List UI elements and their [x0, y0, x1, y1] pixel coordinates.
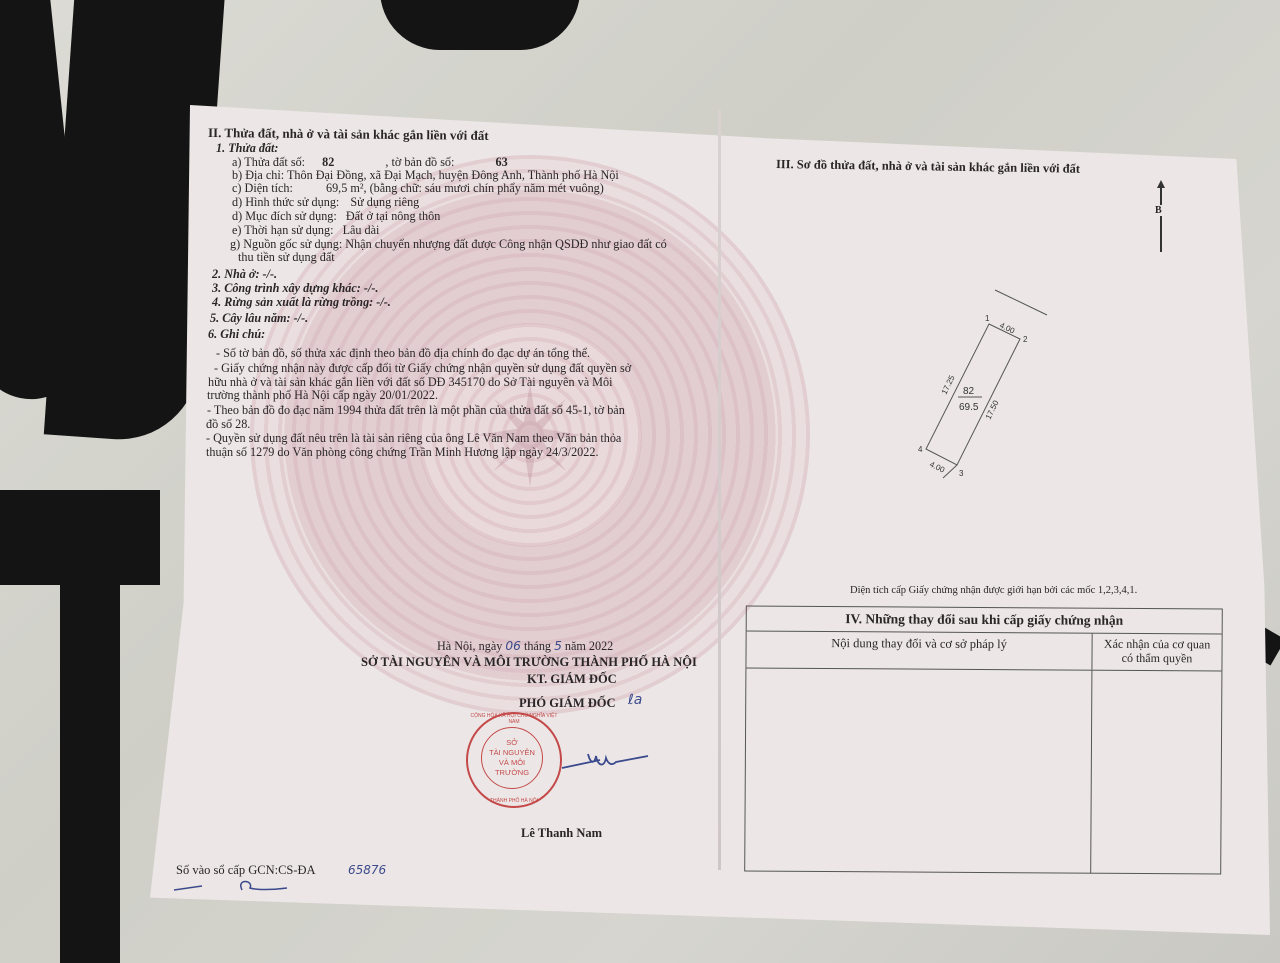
column-change-content: Nội dung thay đổi và cơ sở pháp lý	[746, 632, 1092, 670]
diagram-caption: Diện tích cấp Giấy chứng nhận được giới …	[850, 584, 1137, 597]
note-line: - Quyền sử dụng đất nêu trên là tài sản …	[206, 432, 621, 445]
north-label: B	[1155, 205, 1162, 216]
edge-top: 4.00	[998, 321, 1016, 336]
land-row-purpose: d) Mục đích sử dụng: Đất ở tại nông thôn	[232, 210, 440, 223]
note-line: - Giấy chứng nhận này được cấp đổi từ Gi…	[214, 362, 631, 375]
registry-initials	[172, 876, 292, 896]
forest-row: 4. Rừng sản xuất là rừng trồng: -/-.	[212, 296, 391, 309]
signatory-role: PHÓ GIÁM ĐỐC	[519, 697, 616, 710]
land-row-term: e) Thời hạn sử dụng: Lâu dài	[232, 224, 379, 237]
stamp-line: SỞ	[482, 738, 542, 748]
edge-right: 17.50	[984, 398, 1001, 420]
note-line: - Theo bản đồ đo đạc năm 1994 thửa đất t…	[207, 404, 625, 417]
purpose-label: d) Mục đích sử dụng:	[232, 209, 337, 223]
address-label: b) Địa chỉ:	[232, 168, 284, 182]
edge-bottom: 4.00	[928, 460, 946, 475]
page-fold	[718, 110, 721, 870]
note-line: trường thành phố Hà Nội cấp ngày 20/01/2…	[207, 389, 438, 402]
col2-line1: Xác nhận của cơ quan	[1093, 637, 1222, 652]
col2-line2: có thẩm quyền	[1092, 651, 1221, 666]
date-prefix: Hà Nội, ngày	[437, 639, 502, 653]
parcel-label: a) Thửa đất số:	[232, 155, 305, 169]
change-content-cell	[745, 669, 1092, 874]
point-3: 3	[959, 469, 964, 478]
origin-value-cont: thu tiền sử dụng đất	[238, 251, 335, 264]
map-sheet-label: , tờ bản đồ số:	[385, 155, 454, 169]
notes-heading: 6. Ghi chú:	[208, 328, 265, 341]
land-heading: 1. Thửa đất:	[216, 142, 279, 155]
official-red-stamp: CỘNG HÒA XÃ HỘI CHỦ NGHĨA VIỆT NAM SỞ TÀ…	[466, 712, 562, 808]
point-2: 2	[1023, 335, 1028, 344]
date-day: 06	[505, 639, 521, 653]
parcel-number-label: 82	[963, 386, 975, 397]
stamp-line: TÀI NGUYÊN	[482, 748, 542, 758]
fabric-print	[380, 0, 580, 50]
stamp-line: VÀ MÔI TRƯỜNG	[482, 758, 542, 778]
issue-date: Hà Nội, ngày 06 tháng 5 năm 2022	[437, 640, 613, 653]
term-label: e) Thời hạn sử dụng:	[232, 223, 334, 237]
note-line: - Số tờ bản đồ, số thửa xác định theo bả…	[216, 347, 590, 360]
house-row: 2. Nhà ở: -/-.	[212, 268, 277, 281]
parcel-area-label: 69.5	[959, 402, 979, 413]
section-ii-title: II. Thửa đất, nhà ở và tài sản khác gắn …	[208, 126, 489, 142]
origin-value: Nhận chuyển nhượng đất được Công nhận QS…	[345, 237, 666, 251]
signatory-title: KT. GIÁM ĐỐC	[527, 673, 617, 686]
stamp-center: SỞ TÀI NGUYÊN VÀ MÔI TRƯỜNG	[481, 727, 543, 789]
land-row-area: c) Diện tích: 69,5 m², (bằng chữ: sáu mư…	[232, 182, 604, 195]
table-body-row	[745, 669, 1221, 875]
authority-confirmation-cell	[1091, 671, 1221, 875]
note-line: thuận số 1279 do Văn phòng công chứng Tr…	[206, 446, 599, 459]
perennial-row: 5. Cây lâu năm: -/-.	[210, 312, 308, 325]
area-value: 69,5 m², (bằng chữ: sáu mươi chín phẩy n…	[326, 181, 604, 195]
fabric-print	[60, 515, 120, 963]
parcel-value: 82	[322, 155, 334, 169]
signer-name: Lê Thanh Nam	[521, 827, 602, 840]
point-1: 1	[985, 314, 990, 323]
other-works-row: 3. Công trình xây dựng khác: -/-.	[212, 282, 378, 295]
column-authority-confirmation: Xác nhận của cơ quan có thẩm quyền	[1092, 634, 1221, 671]
registry-number: 65876	[348, 864, 386, 877]
month-label: tháng	[524, 639, 551, 653]
parcel-diagram: 1 2 3 4 4.00 17.50 4.00 17.25 82 69.5	[900, 280, 1100, 490]
agency-name: SỞ TÀI NGUYÊN VÀ MÔI TRƯỜNG THÀNH PHỐ HÀ…	[361, 656, 697, 669]
handwritten-signature	[560, 748, 650, 776]
address-value: Thôn Đại Đồng, xã Đại Mạch, huyện Đông A…	[287, 168, 619, 182]
term-value: Lâu dài	[343, 223, 380, 237]
changes-table: IV. Những thay đổi sau khi cấp giấy chứn…	[744, 606, 1223, 875]
table-header-row: Nội dung thay đổi và cơ sở pháp lý Xác n…	[746, 632, 1221, 672]
section-iv-title: IV. Những thay đổi sau khi cấp giấy chứn…	[747, 607, 1222, 635]
note-line: đồ số 28.	[206, 418, 250, 431]
point-4: 4	[918, 445, 923, 454]
purpose-value: Đất ở tại nông thôn	[346, 209, 440, 223]
map-sheet-value: 63	[495, 155, 507, 169]
origin-label: g) Nguồn gốc sử dụng:	[230, 237, 342, 251]
stamp-ring-text: CỘNG HÒA XÃ HỘI CHỦ NGHĨA VIỆT NAM	[468, 713, 560, 725]
land-row-use-form: d) Hình thức sử dụng: Sử dụng riêng	[232, 196, 419, 209]
initials-mark: ℓa	[628, 694, 642, 707]
use-form-value: Sử dụng riêng	[350, 195, 419, 209]
date-year: năm 2022	[565, 639, 613, 653]
date-month: 5	[554, 639, 562, 653]
area-label: c) Diện tích:	[232, 181, 293, 195]
use-form-label: d) Hình thức sử dụng:	[232, 195, 339, 209]
stamp-ring-bottom: THÀNH PHỐ HÀ NỘI	[468, 798, 560, 804]
north-arrow-icon	[1160, 186, 1162, 252]
